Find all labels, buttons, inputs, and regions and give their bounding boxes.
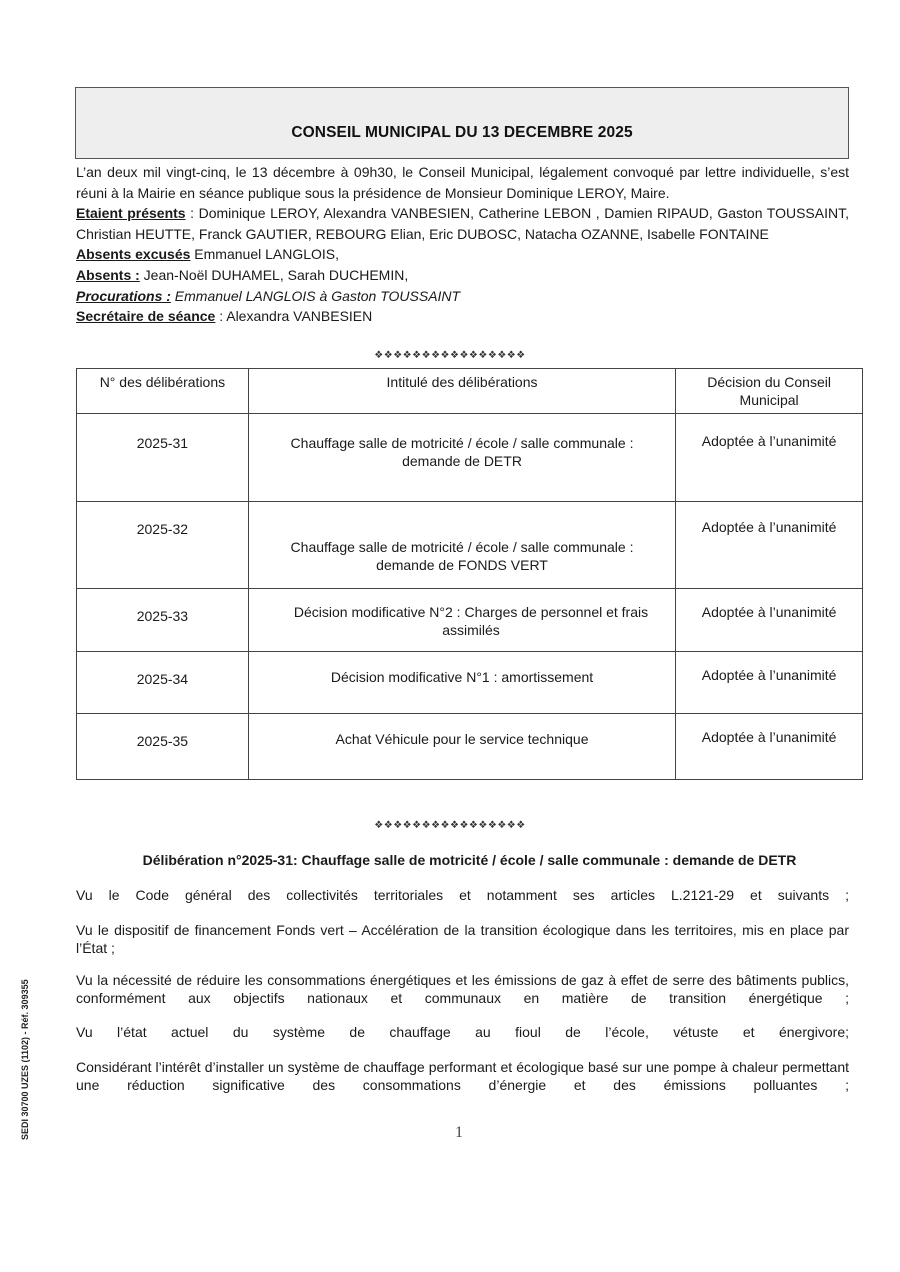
- row-title: Chauffage salle de motricité / école / s…: [248, 414, 675, 502]
- paragraph-text: Considérant l’intérêt d’installer un sys…: [76, 1059, 849, 1094]
- row-number: 2025-34: [77, 652, 249, 714]
- table-row: 2025-35 Achat Véhicule pour le service t…: [77, 714, 863, 780]
- row-decision: Adoptée à l’unanimité: [676, 502, 863, 589]
- title-box: CONSEIL MUNICIPAL DU 13 DECEMBRE 2025: [75, 87, 849, 159]
- secretary-label: Secrétaire de séance: [76, 308, 215, 324]
- absent-label: Absents :: [76, 267, 140, 283]
- table-row: 2025-34 Décision modificative N°1 : amor…: [77, 652, 863, 714]
- meeting-intro: L’an deux mil vingt-cinq, le 13 décembre…: [76, 162, 849, 327]
- table-row: 2025-32 Chauffage salle de motricité / é…: [77, 502, 863, 589]
- row-title: Chauffage salle de motricité / école / s…: [248, 502, 675, 589]
- row-decision: Adoptée à l’unanimité: [676, 589, 863, 652]
- paragraph-text: Vu l’état actuel du système de chauffage…: [76, 1024, 849, 1042]
- secretary: Secrétaire de séance : Alexandra VANBESI…: [76, 306, 849, 327]
- side-reference: SEDI 30700 UZES (1102) - Réf. 309355: [20, 979, 30, 1140]
- page-number: 1: [455, 1124, 463, 1142]
- deliberations-table: N° des délibérations Intitulé des délibé…: [76, 368, 863, 780]
- row-number: 2025-32: [77, 502, 249, 589]
- table-row: 2025-31 Chauffage salle de motricité / é…: [77, 414, 863, 502]
- row-title: Décision modificative N°2 : Charges de p…: [248, 589, 675, 652]
- table-header-row: N° des délibérations Intitulé des délibé…: [77, 369, 863, 414]
- document-page: CONSEIL MUNICIPAL DU 13 DECEMBRE 2025 L’…: [0, 0, 900, 1272]
- deliberation-paragraph: Vu le Code général des collectivités ter…: [76, 887, 849, 905]
- proxies-value: Emmanuel LANGLOIS à Gaston TOUSSAINT: [171, 288, 460, 304]
- row-number: 2025-31: [77, 414, 249, 502]
- present-sep: :: [186, 205, 199, 221]
- row-decision: Adoptée à l’unanimité: [676, 714, 863, 780]
- header-title: Intitulé des délibérations: [248, 369, 675, 414]
- deliberation-paragraph: Vu l’état actuel du système de chauffage…: [76, 1024, 849, 1042]
- row-decision: Adoptée à l’unanimité: [676, 652, 863, 714]
- excused-label: Absents excusés: [76, 246, 190, 262]
- paragraph-text: Vu le Code général des collectivités ter…: [76, 887, 849, 905]
- opening-paragraph: L’an deux mil vingt-cinq, le 13 décembre…: [76, 162, 849, 203]
- deliberation-paragraph: Vu la nécessité de réduire les consommat…: [76, 972, 849, 1007]
- excused-list: Emmanuel LANGLOIS,: [190, 246, 339, 262]
- header-decision: Décision du Conseil Municipal: [676, 369, 863, 414]
- proxies: Procurations : Emmanuel LANGLOIS à Gasto…: [76, 286, 849, 307]
- deliberation-title: Délibération n°2025-31: Chauffage salle …: [76, 852, 863, 868]
- present-label: Etaient présents: [76, 205, 186, 221]
- attendees-absent: Absents : Jean-Noël DUHAMEL, Sarah DUCHE…: [76, 265, 849, 286]
- page-title: CONSEIL MUNICIPAL DU 13 DECEMBRE 2025: [76, 124, 848, 142]
- row-title: Achat Véhicule pour le service technique: [248, 714, 675, 780]
- paragraph-text: Vu le dispositif de financement Fonds ve…: [76, 922, 849, 957]
- diamond-separator-top: ❖❖❖❖❖❖❖❖❖❖❖❖❖❖❖❖: [0, 350, 900, 361]
- absent-list: Jean-Noël DUHAMEL, Sarah DUCHEMIN,: [140, 267, 408, 283]
- header-number: N° des délibérations: [77, 369, 249, 414]
- deliberation-paragraph: Considérant l’intérêt d’installer un sys…: [76, 1059, 849, 1094]
- deliberation-paragraph: Vu le dispositif de financement Fonds ve…: [76, 922, 849, 957]
- row-decision: Adoptée à l’unanimité: [676, 414, 863, 502]
- proxies-label: Procurations :: [76, 288, 171, 304]
- secretary-value: : Alexandra VANBESIEN: [215, 308, 372, 324]
- attendees-excused: Absents excusés Emmanuel LANGLOIS,: [76, 244, 849, 265]
- row-number: 2025-33: [77, 589, 249, 652]
- attendees-present: Etaient présents : Dominique LEROY, Alex…: [76, 203, 849, 244]
- diamond-separator-bottom: ❖❖❖❖❖❖❖❖❖❖❖❖❖❖❖❖: [0, 820, 900, 831]
- row-number: 2025-35: [77, 714, 249, 780]
- row-title: Décision modificative N°1 : amortissemen…: [248, 652, 675, 714]
- table-row: 2025-33 Décision modificative N°2 : Char…: [77, 589, 863, 652]
- paragraph-text: Vu la nécessité de réduire les consommat…: [76, 972, 849, 1007]
